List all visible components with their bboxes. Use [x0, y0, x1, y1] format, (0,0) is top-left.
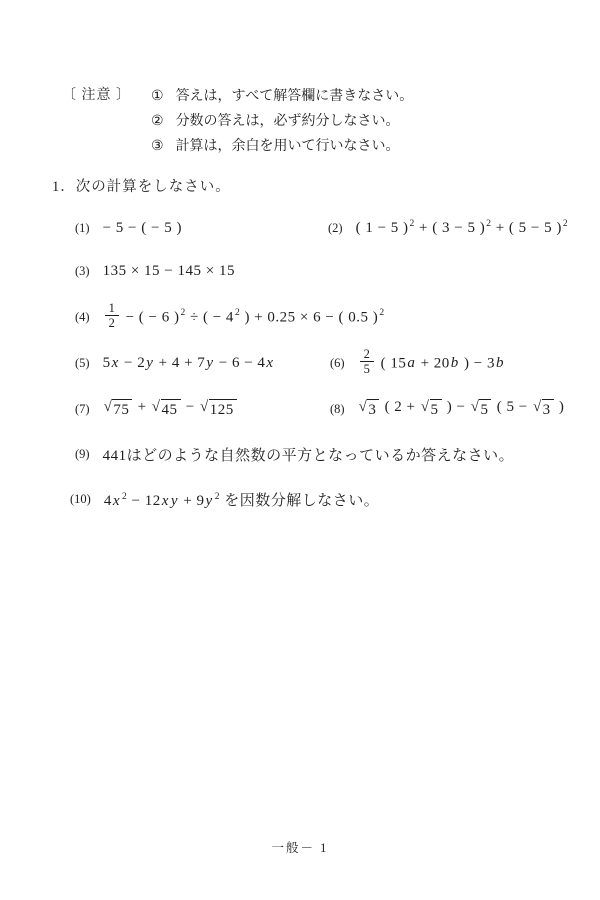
- section-1-title: 1．次の計算をしなさい。: [52, 175, 231, 196]
- problem-1: (1) − 5 − ( − 5 ): [75, 220, 182, 237]
- problem-1-expression: − 5 − ( − 5 ): [103, 220, 182, 237]
- notice-item-2: ② 分数の答えは，必ず約分しなさい。: [151, 109, 413, 134]
- problem-2: (2) ( 1 − 5 )2 + ( 3 − 5 )2 + ( 5 − 5 )2: [328, 220, 568, 237]
- notice-item-3: ③ 計算は，余白を用いて行いなさい。: [151, 134, 413, 159]
- notice-item-2-text: 分数の答えは，必ず約分しなさい。: [176, 109, 400, 134]
- problem-1-number: (1): [75, 221, 90, 236]
- problem-10: (10) 4x2 − 12xy + 9y2 を因数分解しなさい。: [70, 489, 379, 510]
- problem-7-expression: √75 + √45 − √125: [103, 399, 238, 419]
- problem-4: (4) 12 − ( − 6 )2 ÷ ( − 42 ) + 0.25 × 6 …: [75, 303, 385, 333]
- problem-9-number: (9): [75, 447, 90, 462]
- problem-8-expression: √3 ( 2 + √5 ) − √5 ( 5 − √3 ): [358, 399, 565, 419]
- notice-item-1-text: 答えは，すべて解答欄に書きなさい。: [176, 84, 414, 109]
- exam-page: 〔 注意 〕 ① 答えは，すべて解答欄に書きなさい。 ② 分数の答えは，必ず約分…: [0, 0, 600, 900]
- problem-2-number: (2): [328, 221, 343, 236]
- problem-7-number: (7): [75, 402, 90, 417]
- problem-3-expression: 135 × 15 − 145 × 15: [103, 263, 235, 280]
- problem-4-expression: 12 − ( − 6 )2 ÷ ( − 42 ) + 0.25 × 6 − ( …: [103, 303, 385, 333]
- notice-item-1: ① 答えは，すべて解答欄に書きなさい。: [151, 84, 413, 109]
- page-footer: 一般－ 1: [0, 838, 600, 856]
- problem-3-number: (3): [75, 264, 90, 279]
- problem-6-expression: 25 ( 15a + 20b ) − 3b: [358, 349, 505, 379]
- problem-10-expression: 4x2 − 12xy + 9y2 を因数分解しなさい。: [104, 489, 379, 510]
- problem-8-number: (8): [330, 402, 345, 417]
- problem-6-number: (6): [330, 356, 345, 371]
- problem-3: (3) 135 × 15 − 145 × 15: [75, 263, 235, 280]
- notice-bracket-label: 〔 注意 〕: [62, 84, 131, 159]
- problem-7: (7) √75 + √45 − √125: [75, 399, 238, 419]
- notice-items: ① 答えは，すべて解答欄に書きなさい。 ② 分数の答えは，必ず約分しなさい。 ③…: [151, 84, 413, 159]
- problem-5-number: (5): [75, 356, 90, 371]
- problem-9: (9) 441はどのような自然数の平方となっているか答えなさい。: [75, 444, 514, 465]
- problem-8: (8) √3 ( 2 + √5 ) − √5 ( 5 − √3 ): [330, 399, 564, 419]
- problem-2-expression: ( 1 − 5 )2 + ( 3 − 5 )2 + ( 5 − 5 )2: [356, 220, 569, 237]
- problem-5: (5) 5x − 2y + 4 + 7y − 6 − 4x: [75, 355, 275, 372]
- problem-6: (6) 25 ( 15a + 20b ) − 3b: [330, 349, 505, 379]
- notice-item-3-number: ③: [151, 134, 164, 159]
- notice-item-1-number: ①: [151, 84, 164, 109]
- problem-9-expression: 441はどのような自然数の平方となっているか答えなさい。: [103, 444, 515, 465]
- notice-block: 〔 注意 〕 ① 答えは，すべて解答欄に書きなさい。 ② 分数の答えは，必ず約分…: [62, 84, 413, 159]
- notice-item-2-number: ②: [151, 109, 164, 134]
- problem-5-expression: 5x − 2y + 4 + 7y − 6 − 4x: [103, 355, 275, 372]
- problem-4-number: (4): [75, 310, 90, 325]
- problem-10-number: (10): [70, 492, 91, 507]
- notice-item-3-text: 計算は，余白を用いて行いなさい。: [176, 134, 400, 159]
